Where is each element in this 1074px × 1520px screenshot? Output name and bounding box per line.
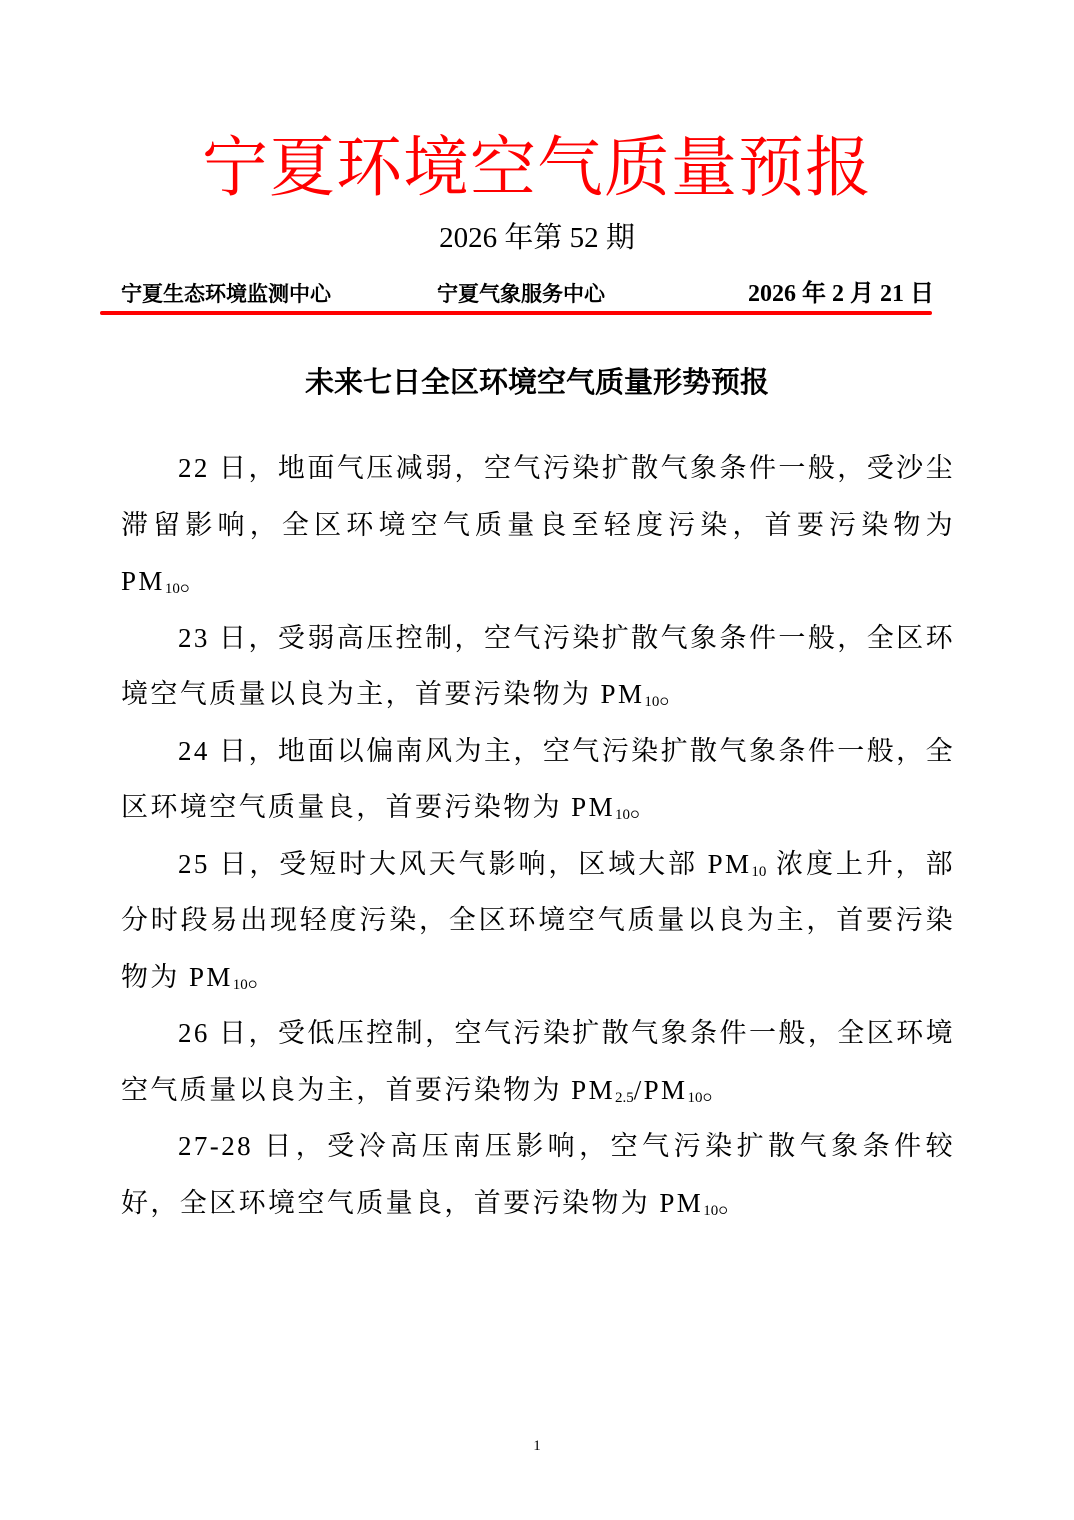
subscript: 10 [165,581,180,597]
paragraph-end: 。 [180,566,209,596]
forecast-body: 22 日，地面气压减弱，空气污染扩散气象条件一般，受沙尘滞留影响，全区环境空气质… [121,440,955,1231]
issuer-meteorological-center: 宁夏气象服务中心 [437,276,605,312]
paragraph-end: 。 [718,1188,747,1218]
subscript: 10 [703,1203,718,1219]
forecast-paragraph-23: 23 日，受弱高压控制，空气污染扩散气象条件一般，全区环境空气质量以良为主，首要… [121,610,955,723]
paragraph-text-continued: /PM [634,1075,688,1105]
day-label: 24 日 [178,736,248,766]
header-divider [100,311,932,315]
day-label: 23 日 [178,623,248,653]
paragraph-text: ，受短时大风天气影响，区域大部 PM [249,849,751,879]
forecast-paragraph-27-28: 27-28 日，受冷高压南压影响，空气污染扩散气象条件较好，全区环境空气质量良，… [121,1118,955,1231]
day-label: 26 日 [178,1018,248,1048]
section-title: 未来七日全区环境空气质量形势预报 [0,360,1074,404]
paragraph-end: 。 [248,962,277,992]
paragraph-end: 。 [702,1075,731,1105]
issue-number: 2026 年第 52 期 [0,218,1074,258]
subscript: 10 [687,1090,702,1106]
day-label: 22 日 [178,453,248,483]
day-label: 27-28 日 [178,1131,296,1161]
forecast-paragraph-24: 24 日，地面以偏南风为主，空气污染扩散气象条件一般，全区环境空气质量良，首要污… [121,723,955,836]
subscript: 10 [644,694,659,710]
page-number: 1 [0,1436,1074,1456]
day-label: 25 日 [178,849,249,879]
forecast-paragraph-25: 25 日，受短时大风天气影响，区域大部 PM10 浓度上升，部分时段易出现轻度污… [121,836,955,1006]
forecast-paragraph-26: 26 日，受低压控制，空气污染扩散气象条件一般，全区环境空气质量以良为主，首要污… [121,1005,955,1118]
issue-date: 2026 年 2 月 21 日 [748,276,934,312]
subscript: 10 [233,977,248,993]
subscript: 2.5 [615,1090,634,1106]
forecast-paragraph-22: 22 日，地面气压减弱，空气污染扩散气象条件一般，受沙尘滞留影响，全区环境空气质… [121,440,955,610]
subscript: 10 [751,864,766,880]
subscript: 10 [615,807,630,823]
paragraph-end: 。 [630,792,659,822]
report-title: 宁夏环境空气质量预报 [0,128,1074,208]
paragraph-end: 。 [659,679,688,709]
document-page: 宁夏环境空气质量预报 2026 年第 52 期 宁夏生态环境监测中心 宁夏气象服… [0,0,1074,1520]
issuer-monitoring-center: 宁夏生态环境监测中心 [121,276,331,312]
issuer-row: 宁夏生态环境监测中心 宁夏气象服务中心 2026 年 2 月 21 日 [121,276,934,312]
